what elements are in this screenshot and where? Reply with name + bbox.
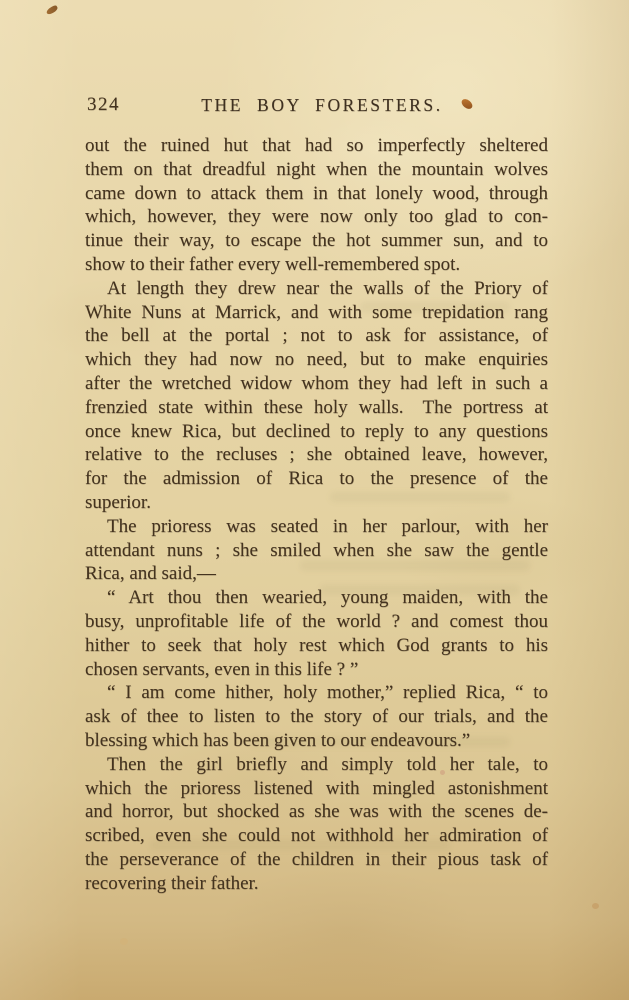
text-line: them on that dreadful night when the mou… (85, 158, 548, 182)
text-line: show to their father every well-remember… (85, 253, 548, 277)
text-line: At length they drew near the walls of th… (85, 277, 548, 301)
text-line: scribed, even she could not withhold her… (85, 824, 548, 848)
text-line: the perseverance of the children in thei… (85, 848, 548, 872)
text-line: blessing which has been given to our end… (85, 729, 548, 753)
text-line: ask of thee to listen to the story of ou… (85, 705, 548, 729)
text-line: frenzied state within these holy walls. … (85, 396, 548, 420)
text-line: “ Art thou then wearied, young maiden, w… (85, 586, 548, 610)
text-line: for the admission of Rica to the presenc… (85, 467, 548, 491)
text-line: once knew Rica, but declined to reply to… (85, 420, 548, 444)
text-line: which, however, they were now only too g… (85, 205, 548, 229)
ink-speck (45, 5, 58, 16)
text-line: the bell at the portal ; not to ask for … (85, 324, 548, 348)
text-line: “ I am come hither, holy mother,” replie… (85, 681, 548, 705)
text-line: relative to the recluses ; she obtained … (85, 443, 548, 467)
text-line: busy, unprofitable life of the world ? a… (85, 610, 548, 634)
foxing-spot (592, 903, 599, 909)
page-number: 324 (87, 94, 120, 116)
book-page: 324 THE BOY FORESTERS. out the ruined hu… (0, 0, 629, 1000)
text-line: came down to attack them in that lonely … (85, 182, 548, 206)
text-line: which they had now no need, but to make … (85, 348, 548, 372)
text-line: chosen servants, even in this life ? ” (85, 658, 548, 682)
text-line: recovering their father. (85, 872, 548, 896)
text-line: Rica, and said,— (85, 562, 548, 586)
foxing-spot (120, 938, 128, 945)
text-line: tinue their way, to escape the hot summe… (85, 229, 548, 253)
text-line: The prioress was seated in her parlour, … (85, 515, 548, 539)
page-header: 324 THE BOY FORESTERS. (85, 92, 547, 118)
text-line: out the ruined hut that had so imperfect… (85, 134, 548, 158)
text-line: Then the girl briefly and simply told he… (85, 753, 548, 777)
text-line: after the wretched widow whom they had l… (85, 372, 548, 396)
text-line: superior. (85, 491, 548, 515)
text-block: out the ruined hut that had so imperfect… (85, 134, 548, 896)
text-line: attendant nuns ; she smiled when she saw… (85, 539, 548, 563)
text-line: White Nuns at Marrick, and with some tre… (85, 301, 548, 325)
text-line: which the prioress listened with mingled… (85, 777, 548, 801)
running-title: THE BOY FORESTERS. (201, 95, 443, 116)
text-line: hither to seek that holy rest which God … (85, 634, 548, 658)
text-line: and horror, but shocked as she was with … (85, 800, 548, 824)
